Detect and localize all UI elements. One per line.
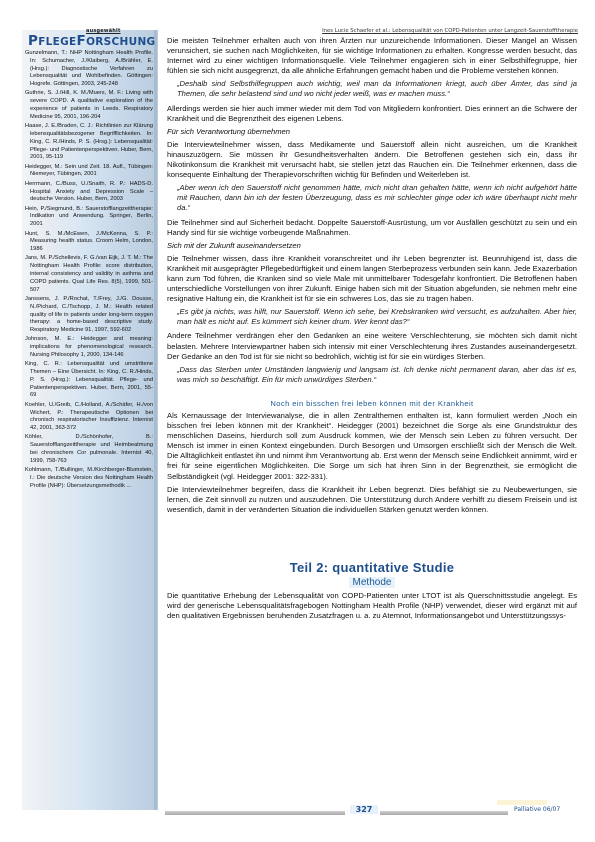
interview-quote: „Aber wenn ich den Sauerstoff nicht geno… [167, 183, 577, 213]
reference-item: King, C. R.: Lebensqualität und umstritt… [25, 361, 153, 400]
reference-item: Janssens, J. P./Rochat, T./Frey, J./G. D… [25, 296, 153, 335]
reference-list: Gunzelmann, T.: NHP Nottingham Health Pr… [25, 50, 153, 492]
interview-quote: „Deshalb sind Selbsthilfegruppen auch wi… [167, 79, 577, 99]
subheading: Sich mit der Zukunft auseinandersetzen [167, 241, 577, 251]
paragraph: Andere Teilnehmer verdrängen eher den Ge… [167, 331, 577, 361]
paragraph: Die Teilnehmer sind auf Sicherheit bedac… [167, 218, 577, 238]
reference-item: Köhler, D./Schönhofer, B.: Sauerstofflan… [25, 434, 153, 465]
reference-item: Jans, M. P./Schellevis, F. G./van Eijk, … [25, 255, 153, 294]
page-number: 327 [350, 805, 378, 814]
method-title: Methode [167, 577, 577, 589]
reference-item: Guthrie, S. J./Hill, K. M./Muers, M. F.:… [25, 90, 153, 121]
main-body: Die meisten Teilnehmer erhalten auch von… [167, 36, 577, 624]
reference-item: Kohlmann, T./Bullinger, M./Kirchberger-B… [25, 467, 153, 490]
reference-item: Hein, P./Siegmund, B.: Sauerstofflangzei… [25, 206, 153, 229]
journal-highlight [497, 800, 547, 805]
sidebar-edge [154, 30, 157, 810]
running-title: Ines Lucie Schaefer et al.: Lebensqualit… [210, 28, 578, 34]
section-title: Noch ein bisschen frei leben können mit … [167, 399, 577, 409]
paragraph: Die quantitative Erhebung der Lebensqual… [167, 591, 577, 621]
journal-issue: Palliative 06/07 [514, 806, 560, 813]
footer-rule-right [380, 811, 508, 815]
paragraph: Die Interviewteilnehmer begreifen, dass … [167, 485, 577, 515]
footer-rule-left [165, 811, 345, 815]
reference-item: Hunt, S. M./McEwen, J./McKenna, S. P.: M… [25, 231, 153, 254]
reference-item: Haase, J. E./Braden, C. J.: Richtlinien … [25, 123, 153, 162]
method-title-text: Methode [349, 577, 396, 588]
reference-item: Heidegger, M.: Sein und Zeit. 18. Aufl.,… [25, 164, 153, 180]
part-title: Teil 2: quantitative Studie [167, 560, 577, 575]
reference-item: Gunzelmann, T.: NHP Nottingham Health Pr… [25, 50, 153, 89]
reference-item: Johnson, M. E.: Heidegger and meaning: i… [25, 336, 153, 359]
reference-item: Herrmann, C./Buss, U./Snaith, R. P.: HAD… [25, 181, 153, 204]
journal-logo: PFLEGEFORSCHUNG [28, 33, 155, 49]
paragraph: Die Teilnehmer wissen, dass ihre Krankhe… [167, 254, 577, 304]
interview-quote: „Dass das Sterben unter Umständen langwi… [167, 365, 577, 385]
paragraph: Die meisten Teilnehmer erhalten auch von… [167, 36, 577, 76]
paragraph: Die Interviewteilnehmer wissen, dass Med… [167, 140, 577, 180]
interview-quote: „Es gibt ja nichts, was hilft, nur Sauer… [167, 307, 577, 327]
paragraph: Als Kernaussage der Interviewanalyse, di… [167, 411, 577, 482]
reference-item: Koehler, U./Greib, C./Holland, A./Schäfe… [25, 402, 153, 433]
subheading: Für sich Verantwortung übernehmen [167, 127, 577, 137]
paragraph: Allerdings werden sie hier auch immer wi… [167, 104, 577, 124]
